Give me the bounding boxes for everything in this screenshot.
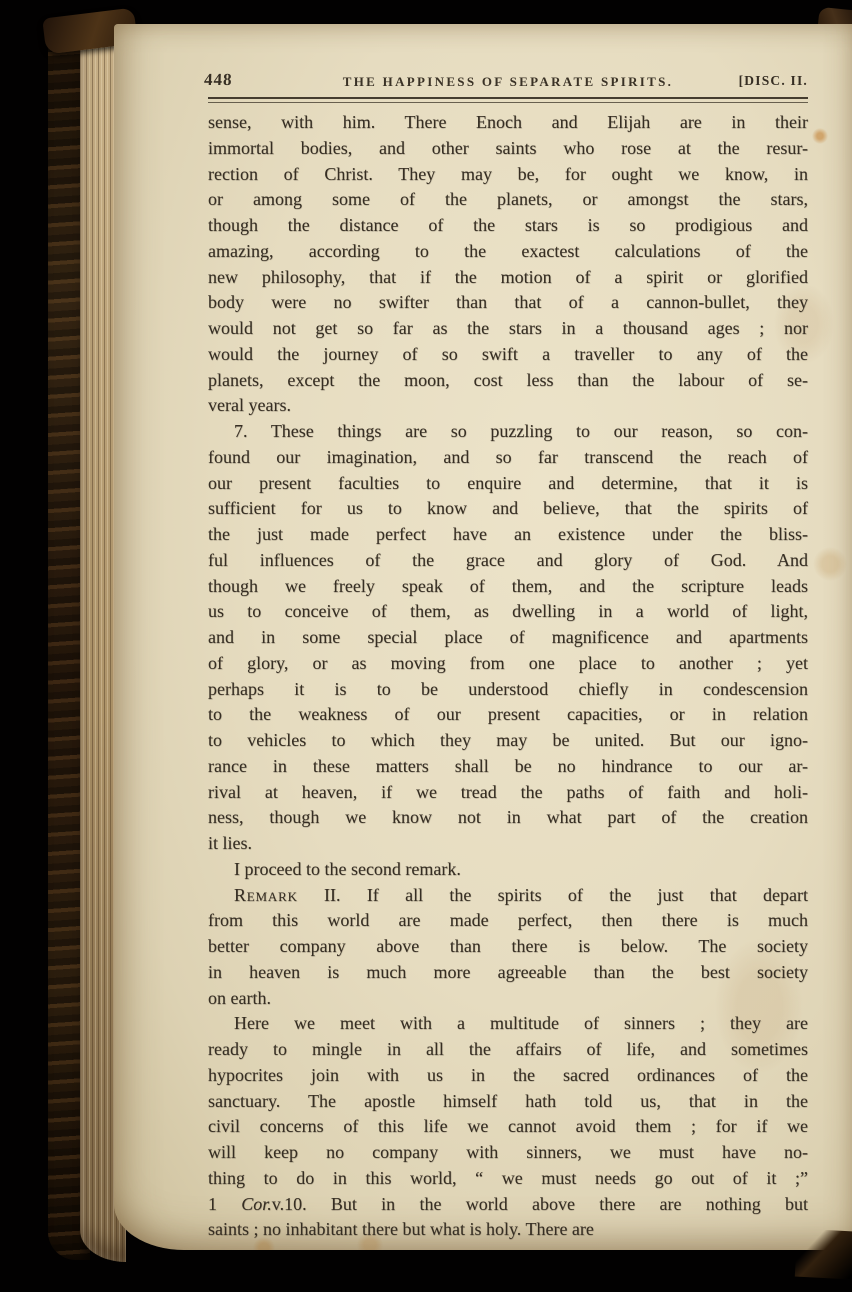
paragraph: Remark II. If all the spirits of the jus… xyxy=(208,883,808,1012)
text-line: sufficient for us to know and believe, t… xyxy=(208,496,808,522)
text-line: sanctuary. The apostle himself hath told… xyxy=(208,1089,808,1115)
text-line: amazing, according to the exactest calcu… xyxy=(208,239,808,265)
text-line: saints ; no inhabitant there but what is… xyxy=(208,1217,808,1243)
text-line: veral years. xyxy=(208,393,808,419)
discourse-marker: [DISC. II. xyxy=(739,73,808,89)
text-line: found our imagination, and so far transc… xyxy=(208,445,808,471)
text-line: and in some special place of magnificenc… xyxy=(208,625,808,651)
text-line: the just made perfect have an existence … xyxy=(208,522,808,548)
text-line: to vehicles to which they may be united.… xyxy=(208,728,808,754)
text-line: rance in these matters shall be no hindr… xyxy=(208,754,808,780)
text-line: sense, with him. There Enoch and Elijah … xyxy=(208,110,808,136)
printed-text-block: 448 THE HAPPINESS OF SEPARATE SPIRITS. [… xyxy=(208,70,808,1243)
text-line: 7. These things are so puzzling to our r… xyxy=(208,419,808,445)
text-line: new philosophy, that if the motion of a … xyxy=(208,265,808,291)
text-line: on earth. xyxy=(208,986,808,1012)
text-line: or among some of the planets, or amongst… xyxy=(208,187,808,213)
text-line: of glory, or as moving from one place to… xyxy=(208,651,808,677)
text-line: rival at heaven, if we tread the paths o… xyxy=(208,780,808,806)
text-line: Here we meet with a multitude of sinners… xyxy=(208,1011,808,1037)
text-line: 1 Cor.v.10. But in the world above there… xyxy=(208,1192,808,1218)
text-line: ness, though we know not in what part of… xyxy=(208,805,808,831)
text-line: us to conceive of them, as dwelling in a… xyxy=(208,599,808,625)
text-line: in heaven is much more agreeable than th… xyxy=(208,960,808,986)
paragraph: Here we meet with a multitude of sinners… xyxy=(208,1011,808,1243)
text-line: thing to do in this world, “ we must nee… xyxy=(208,1166,808,1192)
text-line: better company above than there is below… xyxy=(208,934,808,960)
text-line: from this world are made perfect, then t… xyxy=(208,908,808,934)
leather-corner-bottom-right xyxy=(795,1229,852,1280)
text-line: Remark II. If all the spirits of the jus… xyxy=(208,883,808,909)
page-number: 448 xyxy=(204,70,233,90)
text-line: rection of Christ. They may be, for ough… xyxy=(208,162,808,188)
text-line: would the journey of so swift a travelle… xyxy=(208,342,808,368)
text-line: though the distance of the stars is so p… xyxy=(208,213,808,239)
text-line: our present faculties to enquire and det… xyxy=(208,471,808,497)
body-text: sense, with him. There Enoch and Elijah … xyxy=(208,110,808,1243)
running-title: THE HAPPINESS OF SEPARATE SPIRITS. xyxy=(343,74,673,90)
text-line: hypocrites join with us in the sacred or… xyxy=(208,1063,808,1089)
text-line: immortal bodies, and other saints who ro… xyxy=(208,136,808,162)
paragraph: 7. These things are so puzzling to our r… xyxy=(208,419,808,857)
text-line: civil concerns of this life we cannot av… xyxy=(208,1114,808,1140)
book-scan-photo: 448 THE HAPPINESS OF SEPARATE SPIRITS. [… xyxy=(0,0,852,1292)
text-line: to the weakness of our present capacitie… xyxy=(208,702,808,728)
text-line: ful influences of the grace and glory of… xyxy=(208,548,808,574)
text-line: will keep no company with sinners, we mu… xyxy=(208,1140,808,1166)
paragraph: sense, with him. There Enoch and Elijah … xyxy=(208,110,808,419)
text-line: would not get so far as the stars in a t… xyxy=(208,316,808,342)
page-header: 448 THE HAPPINESS OF SEPARATE SPIRITS. [… xyxy=(208,70,808,94)
text-line: body were no swifter than that of a cann… xyxy=(208,290,808,316)
text-line: perhaps it is to be understood chiefly i… xyxy=(208,677,808,703)
text-line: I proceed to the second remark. xyxy=(208,857,808,883)
text-line: planets, except the moon, cost less than… xyxy=(208,368,808,394)
text-line: though we freely speak of them, and the … xyxy=(208,574,808,600)
text-line: ready to mingle in all the affairs of li… xyxy=(208,1037,808,1063)
header-double-rule xyxy=(208,97,808,103)
text-line: it lies. xyxy=(208,831,808,857)
book-page: 448 THE HAPPINESS OF SEPARATE SPIRITS. [… xyxy=(114,24,852,1250)
paragraph: I proceed to the second remark. xyxy=(208,857,808,883)
